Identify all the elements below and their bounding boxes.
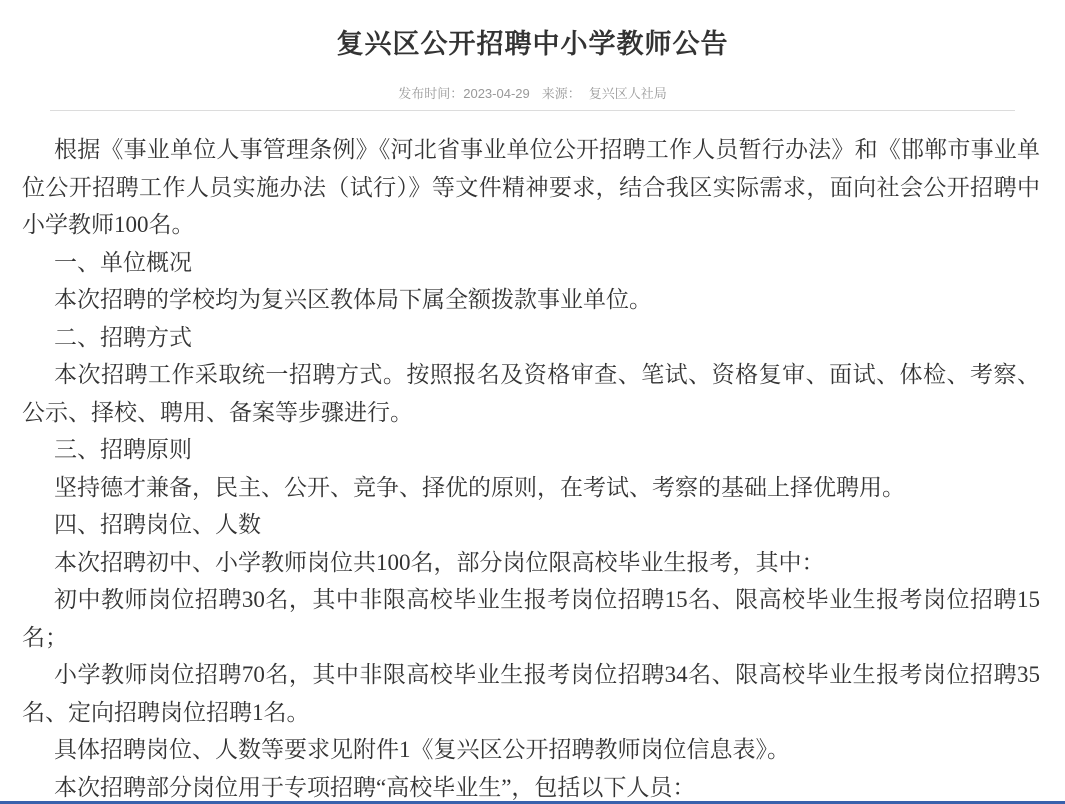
paragraph: 本次招聘工作采取统一招聘方式。按照报名及资格审查、笔试、资格复审、面试、体检、考… <box>22 356 1040 431</box>
paragraph: 坚持德才兼备，民主、公开、竞争、择优的原则，在考试、考察的基础上择优聘用。 <box>22 469 1040 507</box>
paragraph: 具体招聘岗位、人数等要求见附件1《复兴区公开招聘教师岗位信息表》。 <box>22 731 1040 769</box>
article-body: 根据《事业单位人事管理条例》《河北省事业单位公开招聘工作人员暂行办法》和《邯郸市… <box>22 131 1040 804</box>
paragraph: 四、招聘岗位、人数 <box>22 506 1040 544</box>
paragraph: 三、招聘原则 <box>22 431 1040 469</box>
paragraph: 根据《事业单位人事管理条例》《河北省事业单位公开招聘工作人员暂行办法》和《邯郸市… <box>22 131 1040 244</box>
header-divider <box>50 110 1015 111</box>
paragraph: 本次招聘初中、小学教师岗位共100名，部分岗位限高校毕业生报考，其中： <box>22 544 1040 582</box>
announcement-page: 复兴区公开招聘中小学教师公告 发布时间：2023-04-29来源：复兴区人社局 … <box>0 0 1065 804</box>
article-meta: 发布时间：2023-04-29来源：复兴区人社局 <box>0 84 1065 104</box>
source-value: 复兴区人社局 <box>589 86 667 101</box>
paragraph: 本次招聘的学校均为复兴区教体局下属全额拨款事业单位。 <box>22 281 1040 319</box>
publish-date: 2023-04-29 <box>463 86 530 101</box>
paragraph: 初中教师岗位招聘30名，其中非限高校毕业生报考岗位招聘15名、限高校毕业生报考岗… <box>22 581 1040 656</box>
paragraph: 小学教师岗位招聘70名，其中非限高校毕业生报考岗位招聘34名、限高校毕业生报考岗… <box>22 656 1040 731</box>
paragraph: 二、招聘方式 <box>22 319 1040 357</box>
paragraph: 本次招聘部分岗位用于专项招聘“高校毕业生”，包括以下人员： <box>22 769 1040 804</box>
source-label: 来源： <box>542 86 581 101</box>
publish-time-label: 发布时间： <box>398 86 463 101</box>
paragraph: 一、单位概况 <box>22 244 1040 282</box>
page-title: 复兴区公开招聘中小学教师公告 <box>0 26 1065 62</box>
